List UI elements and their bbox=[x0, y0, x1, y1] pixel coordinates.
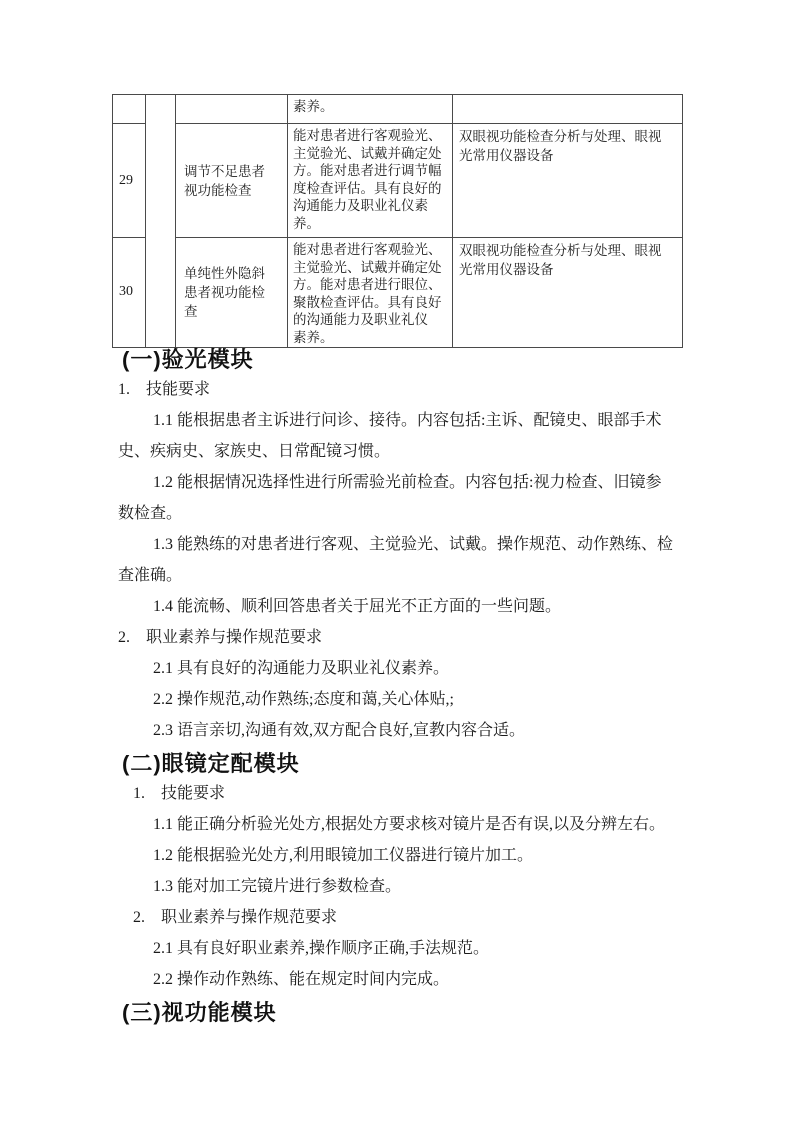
list-item: 1.2 能根据情况选择性进行所需验光前检查。内容包括:视力检查、旧镜参 数检查。 bbox=[118, 467, 728, 529]
list-item: 2.2 操作规范,动作熟练;态度和蔼,关心体贴,; bbox=[118, 684, 728, 715]
equipment-cell: 双眼视功能检查分析与处理、眼视 光常用仪器设备 bbox=[453, 238, 683, 348]
list-item: 1.2 能根据验光处方,利用眼镜加工仪器进行镜片加工。 bbox=[118, 840, 728, 871]
list-item: 2. 职业素养与操作规范要求 bbox=[118, 902, 728, 933]
list-item: 1.1 能正确分析验光处方,根据处方要求核对镜片是否有误,以及分辨左右。 bbox=[118, 809, 728, 840]
merged-spacer-cell bbox=[146, 95, 176, 348]
document-body: (一)验光模块 1. 技能要求 1.1 能根据患者主诉进行问诊、接待。内容包括:… bbox=[118, 342, 728, 1027]
row-number-cell: 30 bbox=[113, 238, 146, 348]
task-name-cell: 单纯性外隐斜 患者视功能检 查 bbox=[176, 238, 288, 348]
list-item: 1.3 能对加工完镜片进行参数检查。 bbox=[118, 871, 728, 902]
list-item: 1. 技能要求 bbox=[118, 778, 728, 809]
task-name-cell: 调节不足患者 视功能检查 bbox=[176, 124, 288, 238]
list-item: 2.3 语言亲切,沟通有效,双方配合良好,宣教内容合适。 bbox=[118, 715, 728, 746]
task-name-cell bbox=[176, 95, 288, 124]
list-item: 1.1 能根据患者主诉进行问诊、接待。内容包括:主诉、配镜史、眼部手术 史、疾病… bbox=[118, 405, 728, 467]
list-item: 1. 技能要求 bbox=[118, 374, 728, 405]
table-row: 30 单纯性外隐斜 患者视功能检 查 能对患者进行客观验光、 主觉验光、试戴并确… bbox=[113, 238, 683, 348]
section-heading-1: (一)验光模块 bbox=[122, 346, 728, 374]
section-heading-2: (二)眼镜定配模块 bbox=[122, 750, 728, 778]
row-number-cell: 29 bbox=[113, 124, 146, 238]
list-item: 2.1 具有良好的沟通能力及职业礼仪素养。 bbox=[118, 653, 728, 684]
list-item: 1.3 能熟练的对患者进行客观、主觉验光、试戴。操作规范、动作熟练、检 查准确。 bbox=[118, 529, 728, 591]
section-heading-3: (三)视功能模块 bbox=[122, 999, 728, 1027]
equipment-cell: 双眼视功能检查分析与处理、眼视 光常用仪器设备 bbox=[453, 124, 683, 238]
list-item: 1.4 能流畅、顺利回答患者关于屈光不正方面的一些问题。 bbox=[118, 591, 728, 622]
skill-requirements-table: 素养。 29 调节不足患者 视功能检查 能对患者进行客观验光、 主觉验光、试戴并… bbox=[112, 94, 683, 348]
table-row: 29 调节不足患者 视功能检查 能对患者进行客观验光、 主觉验光、试戴并确定处 … bbox=[113, 124, 683, 238]
list-item: 2.1 具有良好职业素养,操作顺序正确,手法规范。 bbox=[118, 933, 728, 964]
equipment-cell bbox=[453, 95, 683, 124]
skill-desc-cell: 能对患者进行客观验光、 主觉验光、试戴并确定处 方。能对患者进行调节幅 度检查评… bbox=[288, 124, 453, 238]
table-row: 素养。 bbox=[113, 95, 683, 124]
document-page: 素养。 29 调节不足患者 视功能检查 能对患者进行客观验光、 主觉验光、试戴并… bbox=[0, 0, 793, 1122]
list-item: 2. 职业素养与操作规范要求 bbox=[118, 622, 728, 653]
skill-desc-cell: 能对患者进行客观验光、 主觉验光、试戴并确定处 方。能对患者进行眼位、 聚散检查… bbox=[288, 238, 453, 348]
list-item: 2.2 操作动作熟练、能在规定时间内完成。 bbox=[118, 964, 728, 995]
skill-desc-cell: 素养。 bbox=[288, 95, 453, 124]
row-number-cell bbox=[113, 95, 146, 124]
